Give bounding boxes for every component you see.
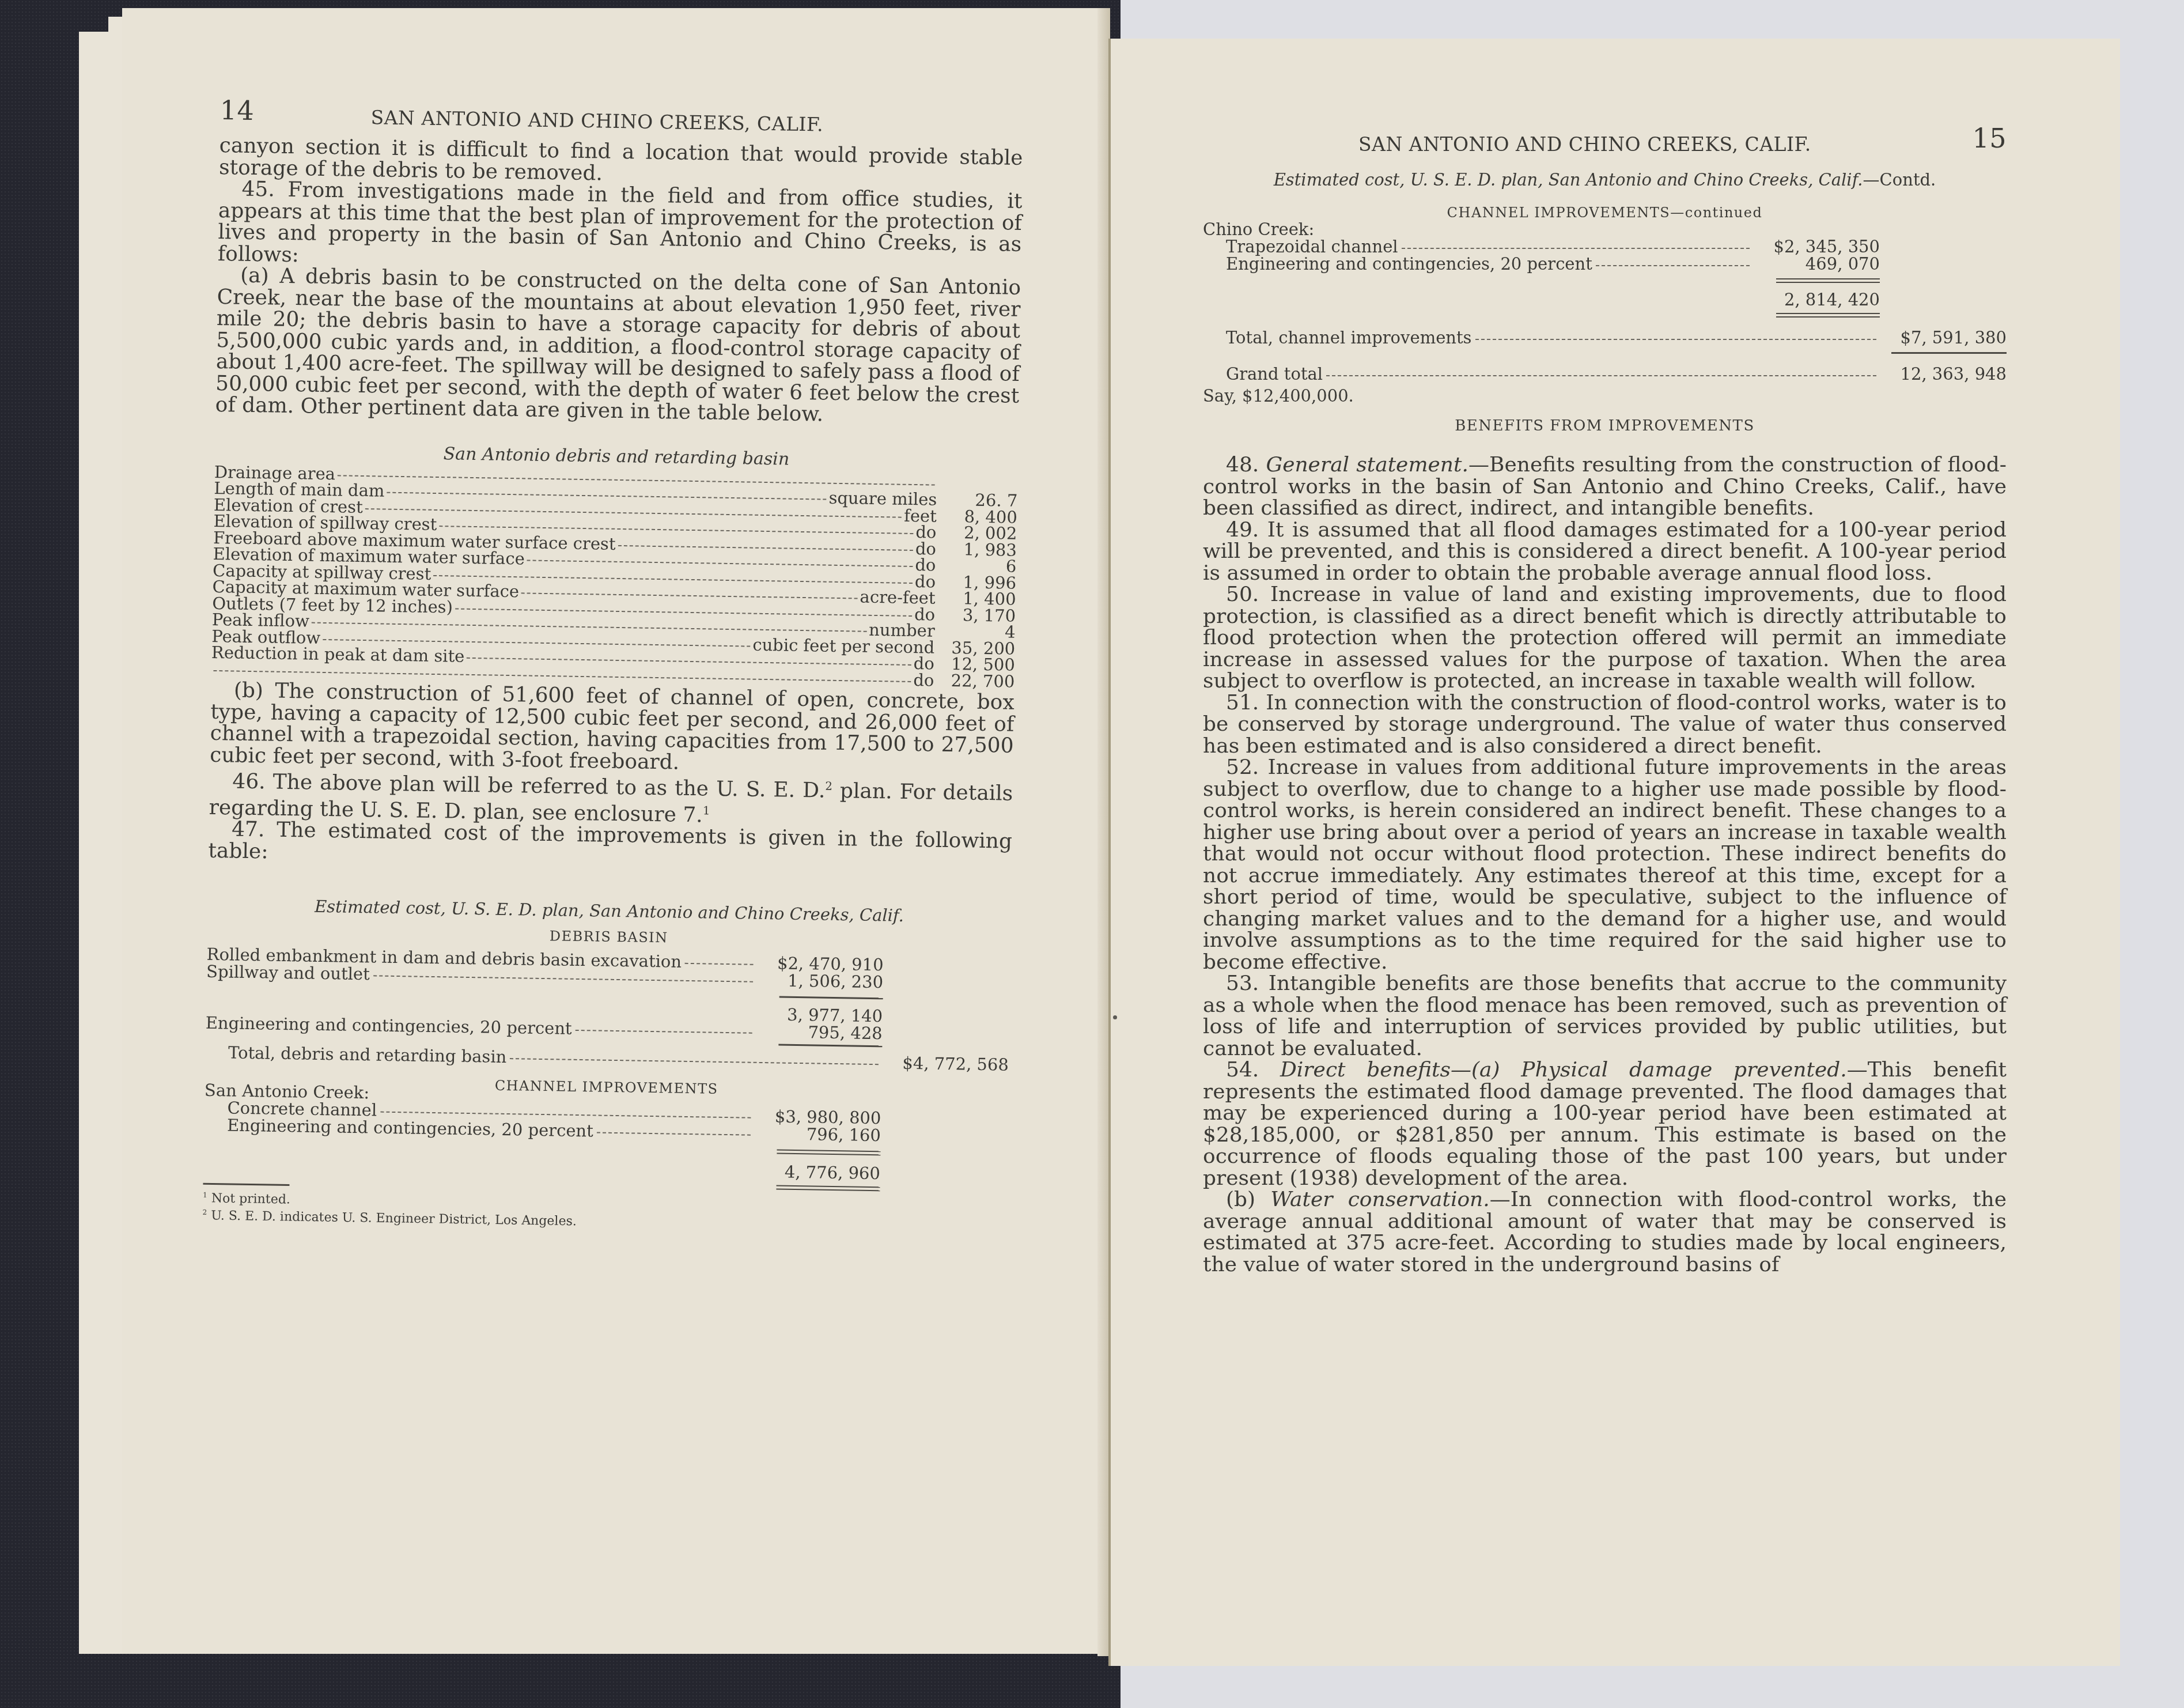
paragraph-50: 50. Increase in value of land and existi… [1203,584,2007,692]
table-row: Grand total 12, 363, 948 [1203,365,2007,383]
table-row: Engineering and contingencies, 20 percen… [1203,255,2007,273]
running-title: SAN ANTONIO AND CHINO CREEKS, CALIF. [370,106,823,135]
paragraph-53: 53. Intangible benefits are those benefi… [1203,973,2007,1059]
section-heading: BENEFITS FROM IMPROVEMENTS [1203,417,2007,434]
cost-table-caption-contd: Estimated cost, U. S. E. D. plan, San An… [1203,170,2007,190]
paragraph-45: 45. From investigations made in the fiel… [218,178,1023,277]
left-page-content: 14 SAN ANTONIO AND CHINO CREEKS, CALIF. … [202,100,1023,1235]
paragraph-48: 48. General statement.—Benefits resultin… [1203,454,2007,519]
table-row: Say, $12,400,000. [1203,387,2007,405]
total-double-rule [776,1185,880,1191]
subtotal-rule [777,1149,880,1155]
total-double-rule [1776,313,1880,318]
grand-total-rule [1891,352,2007,354]
table-row: Chino Creek: [1203,221,2007,238]
table-row: 2, 814, 420 [1203,291,2007,308]
page-number: 14 [219,95,254,126]
cost-table-continued: Chino Creek: Trapezoidal channel $2, 345… [1203,221,2007,405]
left-page: 14 SAN ANTONIO AND CHINO CREEKS, CALIF. … [122,8,1108,1654]
right-page-content: SAN ANTONIO AND CHINO CREEKS, CALIF. 15 … [1203,125,2007,1275]
paragraph-45b: (b) The construction of 51,600 feet of c… [210,679,1015,779]
running-head: SAN ANTONIO AND CHINO CREEKS, CALIF. 15 [1203,125,2007,160]
subtotal-rule [1776,278,1880,283]
paragraph-45a: (a) A debris basin to be constructed on … [215,264,1021,428]
paragraph-54b: (b) Water conservation.—In connection wi… [1203,1189,2007,1275]
right-page: SAN ANTONIO AND CHINO CREEKS, CALIF. 15 … [1108,39,2120,1666]
paragraph-54: 54. Direct benefits—(a) Physical damage … [1203,1059,2007,1189]
channel-improvements-continued-heading: CHANNEL IMPROVEMENTS—continued [1203,205,2007,221]
footnote-rule [203,1183,289,1186]
gutter-speck [1113,1015,1117,1019]
running-title: SAN ANTONIO AND CHINO CREEKS, CALIF. [1358,133,1811,156]
cost-table: Rolled embankment in dam and debris basi… [203,946,1010,1193]
subtotal-rule [779,996,883,999]
table-row: Total, channel improvements $7, 591, 380 [1203,329,2007,346]
subtotal-rule [778,1044,882,1047]
table-row: Trapezoidal channel $2, 345, 350 [1203,238,2007,255]
paragraph-49: 49. It is assumed that all flood damages… [1203,519,2007,584]
paragraph-52: 52. Increase in values from additional f… [1203,757,2007,973]
basin-data-table: Drainage areaLength of main damsquare mi… [211,463,1018,689]
paragraph-51: 51. In connection with the construction … [1203,692,2007,757]
page-number: 15 [1972,123,2007,154]
